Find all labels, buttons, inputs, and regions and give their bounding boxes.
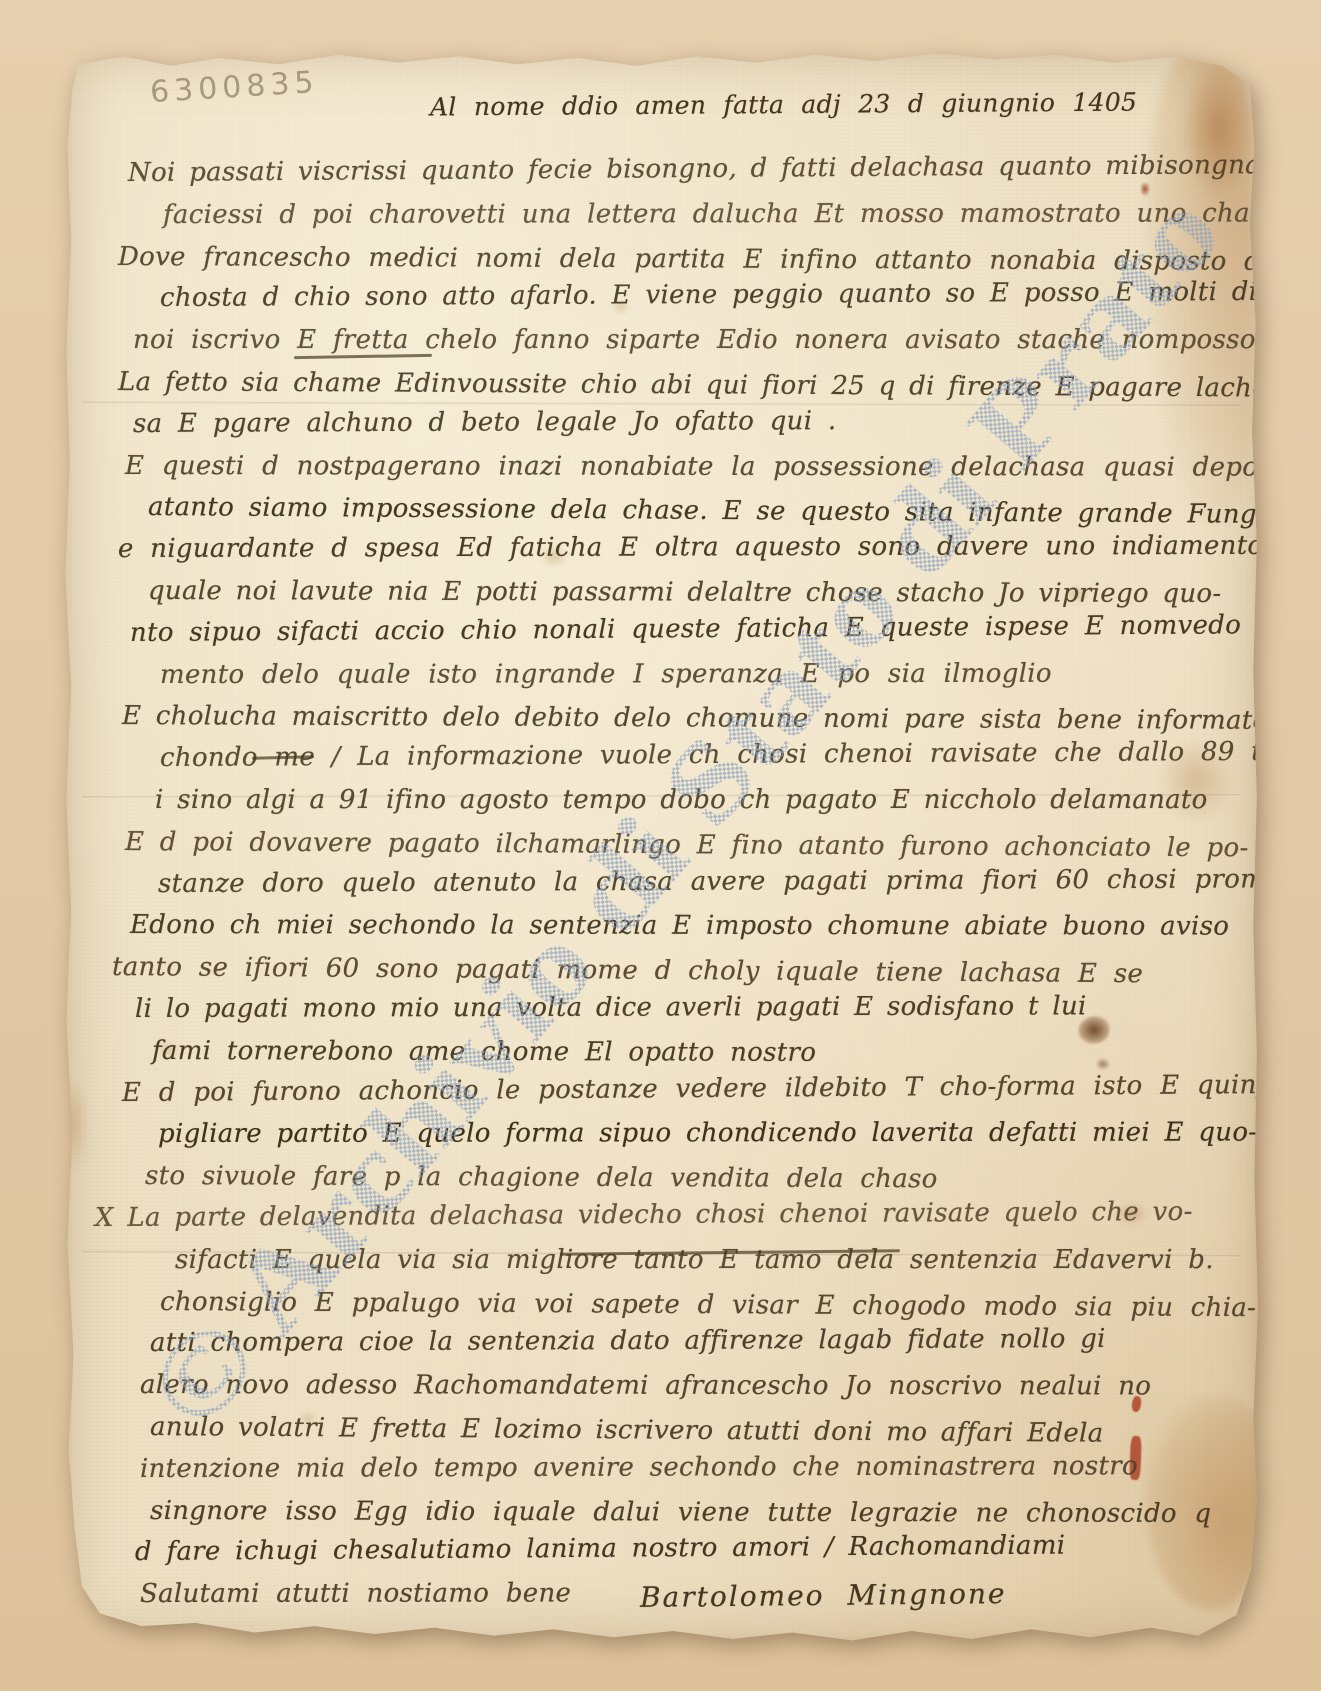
manuscript-line: anulo volatri E fretta E lozimo iscriver… [150, 1412, 1104, 1449]
manuscript-line: Dove francescho medici nomi dela partita… [118, 242, 1258, 277]
manuscript-line: sa E pgare alchuno d beto legale Jo ofat… [133, 406, 837, 439]
manuscript-line: quale noi lavute nia E potti passarmi de… [148, 576, 1222, 609]
manuscript-scan: 6300835 Al nome ddio amen fatta adj 23 d… [0, 0, 1321, 1691]
manuscript-line: atti chompera cioe la sentenzia dato aff… [150, 1324, 1106, 1358]
manuscript-line: stanze doro quelo atenuto la chasa avere… [158, 864, 1258, 899]
manuscript-line: noi iscrivo E fretta chelo fanno siparte… [133, 325, 1258, 355]
manuscript-line: E d poi dovavere pagato ilchamarlingo E … [125, 827, 1249, 863]
manuscript-line: E cholucha maiscritto delo debito delo c… [122, 701, 1258, 736]
manuscript-line: sto sivuole fare p la chagione dela vend… [145, 1161, 938, 1194]
manuscript-line: X La parte delavendita delachasa videcho… [95, 1197, 1193, 1233]
archive-number: 6300835 [149, 65, 319, 110]
letter-paper: 6300835 Al nome ddio amen fatta adj 23 d… [64, 50, 1258, 1642]
manuscript-line: E d poi furono achoncio le postanze vede… [122, 1070, 1258, 1108]
manuscript-line: sifacti E quela via sia migliore tanto E… [175, 1245, 1214, 1275]
manuscript-line: atanto siamo impossessione dela chase. E… [148, 492, 1258, 530]
manuscript-line: faciessi d poi charovetti una lettera da… [163, 198, 1258, 230]
manuscript-line: intenzione mia delo tempo avenire sechon… [140, 1451, 1138, 1484]
manuscript-line: La fetto sia chame Edinvoussite chio abi… [118, 367, 1258, 403]
manuscript-line: mento delo quale isto ingrande I speranz… [160, 658, 1052, 689]
manuscript-line: nto sipuo sifacti accio chio nonali ques… [130, 609, 1258, 648]
paper-wrap: 6300835 Al nome ddio amen fatta adj 23 d… [64, 50, 1258, 1642]
manuscript-line: d fare ichugi chesalutiamo lanima nostro… [135, 1531, 1066, 1567]
manuscript-line: Noi passati viscrissi quanto fecie bison… [128, 150, 1258, 188]
manuscript-line: chondo me / La informazione vuole ch cho… [160, 737, 1258, 773]
manuscript-line: e niguardante d spesa Ed faticha E oltra… [118, 531, 1258, 564]
manuscript-line: Salutami atutti nostiamo bene [140, 1579, 571, 1610]
manuscript-line: singnore isso Egg idio iquale dalui vien… [150, 1496, 1211, 1529]
manuscript-line: Edono ch miei sechondo la sentenzia E im… [130, 910, 1229, 942]
manuscript-line: tanto se ifiori 60 sono pagati mome d ch… [112, 952, 1143, 989]
manuscript-line: i sino algi a 91 ifino agosto tempo dobo… [155, 785, 1208, 815]
manuscript-line: pigliare partito E quelo forma sipuo cho… [158, 1118, 1257, 1150]
manuscript-text: Bartolomeo Mingnone Noi passati viscriss… [64, 158, 1258, 1642]
manuscript-line: fami tornerebono ame chome El opatto nos… [152, 1036, 816, 1068]
signature: Bartolomeo Mingnone [640, 1577, 1007, 1614]
manuscript-line: alero novo adesso Rachomandatemi afrance… [140, 1370, 1151, 1401]
date-header: Al nome ddio amen fatta adj 23 d giungni… [430, 88, 1137, 122]
manuscript-line: chosta d chio sono atto afarlo. E viene … [160, 276, 1258, 313]
manuscript-line: li lo pagati mono mio una volta dice ave… [135, 991, 1087, 1024]
manuscript-line: E questi d nostpagerano inazi nonabiate … [125, 451, 1258, 483]
manuscript-line: chonsiglio E ppalugo via voi sapete d vi… [160, 1287, 1256, 1323]
